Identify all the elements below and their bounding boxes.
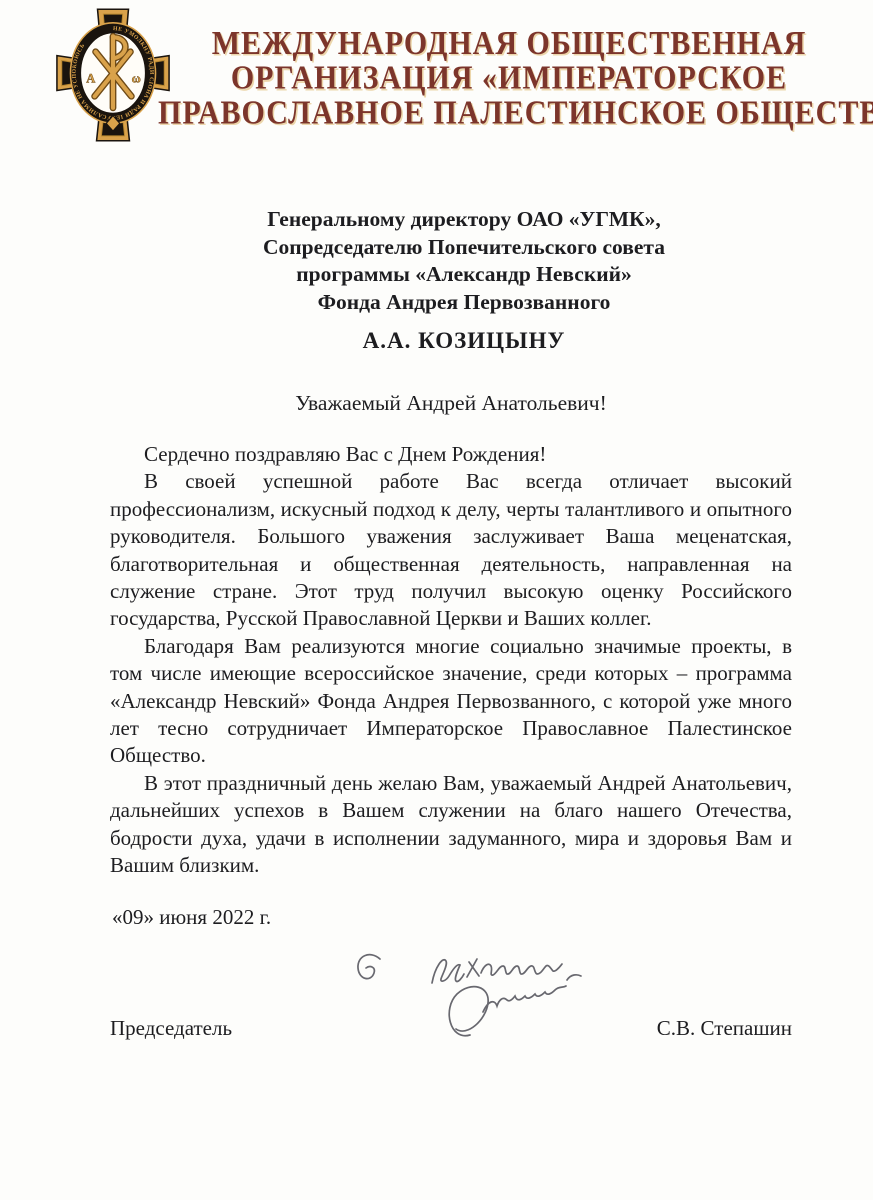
body-paragraph-3: Благодаря Вам реализуются многие социаль… xyxy=(110,633,792,770)
signature-macron xyxy=(567,975,581,980)
recipient-line-1: Генеральному директору ОАО «УГМК», xyxy=(130,206,798,234)
body-paragraph-1: Сердечно поздравляю Вас с Днем Рождения! xyxy=(110,441,792,468)
salutation: Уважаемый Андрей Анатольевич! xyxy=(110,391,792,416)
omega-letter: ω xyxy=(132,72,141,86)
org-name-line-3: ПРАВОСЛАВНОЕ ПАЛЕСТИНСКОЕ ОБЩЕСТВО» xyxy=(158,95,860,130)
handwritten-uvazheniem xyxy=(432,960,464,983)
org-name-line-2: ОРГАНИЗАЦИЯ «ИМПЕРАТОРСКОЕ xyxy=(158,61,860,96)
signer-title: Председатель xyxy=(110,1016,232,1041)
organization-name: МЕЖДУНАРОДНАЯ ОБЩЕСТВЕННАЯ ОРГАНИЗАЦИЯ «… xyxy=(158,26,860,130)
body-paragraph-2: В своей успешной работе Вас всегда отлич… xyxy=(110,468,792,632)
letter-body: Сердечно поздравляю Вас с Днем Рождения!… xyxy=(110,441,792,880)
signature-row: Председатель С.В. Степашин xyxy=(110,1016,792,1041)
iops-emblem-icon: НЕ УМОЛКНУ РАДИ СІОНА И РАДИ ІЕРУСАЛИМА … xyxy=(55,6,171,144)
letter-page: НЕ УМОЛКНУ РАДИ СІОНА И РАДИ ІЕРУСАЛИМА … xyxy=(0,0,873,1200)
recipient-line-2: Сопредседателю Попечительского совета xyxy=(130,234,798,262)
signer-name: С.В. Степашин xyxy=(657,1016,792,1041)
signature-tail xyxy=(483,986,566,1012)
body-paragraph-4: В этот праздничный день желаю Вам, уважа… xyxy=(110,770,792,880)
handwritten-s-letter xyxy=(358,955,380,979)
recipient-line-3: программы «Александр Невский» xyxy=(130,261,798,289)
recipient-block: Генеральному директору ОАО «УГМК», Сопре… xyxy=(130,206,798,355)
date-line: «09» июня 2022 г. xyxy=(112,905,271,930)
recipient-line-4: Фонда Андрея Первозванного xyxy=(130,289,798,317)
addressee-name: А.А. КОЗИЦЫНУ xyxy=(130,327,798,355)
alpha-letter: Α xyxy=(86,72,95,86)
org-name-line-1: МЕЖДУНАРОДНАЯ ОБЩЕСТВЕННАЯ xyxy=(158,26,860,61)
